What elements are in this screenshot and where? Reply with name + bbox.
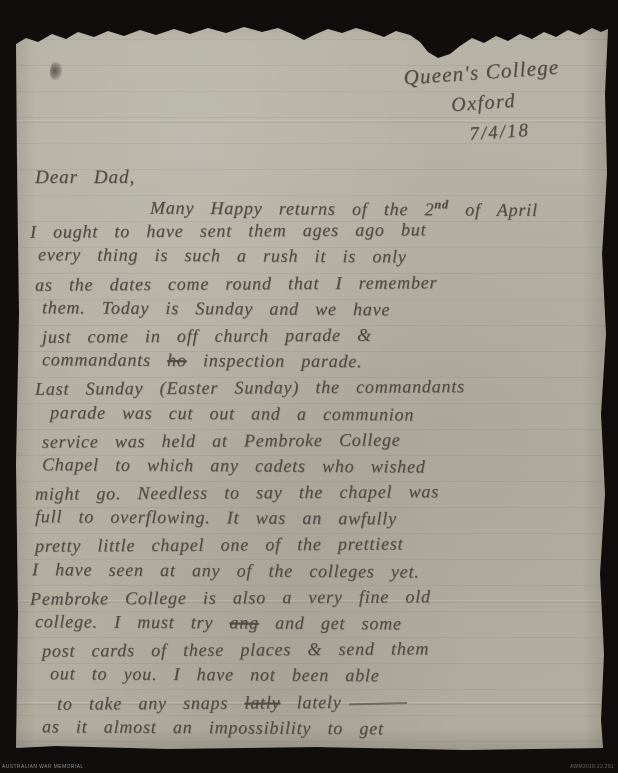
letter-paper: Queen's College Oxford 7/4/18 Dear Dad, …: [16, 14, 608, 750]
letter-line: Pembroke College is also a very fine old: [30, 582, 614, 612]
letter-line-text: college. I must try: [35, 611, 230, 632]
letter-line-text: commandants: [42, 349, 167, 370]
paper-tear-mark: [49, 61, 63, 80]
letter-line-text: and get some: [259, 613, 402, 634]
letter-line-text: parade was cut out and a communion: [50, 402, 414, 424]
letterhead: Queen's College Oxford 7/4/18: [373, 49, 594, 157]
struck-word: ho: [167, 350, 187, 370]
letter-line: Chapel to which any cadets who wished: [42, 451, 614, 481]
letter-line-text: I ought to have sent them ages ago but: [30, 220, 426, 242]
letter-line: might go. Needless to say the chapel was: [35, 477, 614, 507]
letter-line-text: full to overflowing. It was an awfully: [35, 506, 397, 528]
pencil-strike-tail: [349, 701, 407, 704]
letter-line-text: service was held at Pembroke College: [42, 429, 401, 451]
letter-line-text: Last Sunday (Easter Sunday) the commanda…: [35, 376, 465, 399]
letter-line: as the dates come round that I remember: [35, 268, 614, 298]
letter-line-text: inspection parade.: [187, 350, 363, 371]
letter-line-text: post cards of these places & send them: [42, 639, 429, 661]
letter-line: Many Happy returns of the 2nd of April: [150, 190, 614, 219]
letter-line-text: out to you. I have not been able: [50, 664, 380, 686]
letter-line-text: I have seen at any of the colleges yet.: [32, 559, 420, 581]
letter-line: I ought to have sent them ages ago but: [30, 215, 614, 245]
letter-line-text: as the dates come round that I remember: [35, 272, 437, 294]
letter-line: as it almost an impossibility to get: [42, 713, 614, 743]
letter-line: Last Sunday (Easter Sunday) the commanda…: [35, 373, 614, 403]
letter-line-text: Chapel to which any cadets who wished: [42, 454, 426, 476]
letter-line: full to overflowing. It was an awfully: [35, 503, 614, 533]
salutation: Dear Dad,: [35, 164, 614, 191]
letter-line-text: Pembroke College is also a very fine old: [30, 586, 431, 608]
letter-line: college. I must try ang and get some: [35, 608, 614, 638]
letter-line: every thing is such a rush it is only: [38, 242, 614, 272]
letter-line-text: might go. Needless to say the chapel was: [35, 481, 439, 503]
letter-body: Dear Dad, Many Happy returns of the 2nd …: [30, 164, 614, 741]
letter-line-text: as it almost an impossibility to get: [42, 716, 384, 738]
letter-line: to take any snaps latly lately: [57, 687, 614, 717]
letter-line-text: to take any snaps: [57, 692, 245, 713]
archive-watermark: AUSTRALIAN WAR MEMORIAL: [2, 764, 84, 770]
letter-line: parade was cut out and a communion: [50, 399, 614, 429]
letter-line-text: pretty little chapel one of the pretties…: [35, 534, 404, 556]
letter-line: pretty little chapel one of the pretties…: [35, 530, 614, 560]
struck-word: latly: [244, 692, 280, 712]
letter-line-text: lately: [280, 692, 341, 712]
letter-line-text: them. Today is Sunday and we have: [42, 297, 390, 319]
letter-line: commandants ho inspection parade.: [42, 346, 614, 376]
letter-line: I have seen at any of the colleges yet.: [32, 556, 614, 586]
letter-line: service was held at Pembroke College: [42, 425, 614, 455]
struck-word: ang: [229, 612, 259, 632]
letter-line: just come in off church parade &: [42, 320, 614, 350]
superscript-ordinal: nd: [434, 197, 449, 211]
scan-mat-background: Queen's College Oxford 7/4/18 Dear Dad, …: [0, 0, 618, 773]
letter-line-text: every thing is such a rush it is only: [38, 245, 407, 267]
letter-line: them. Today is Sunday and we have: [42, 294, 614, 324]
catalog-number: AWM2018.22.251: [570, 764, 614, 770]
letter-line: post cards of these places & send them: [42, 634, 614, 664]
letter-line: out to you. I have not been able: [50, 661, 614, 691]
letter-line-text: just come in off church parade &: [42, 325, 372, 347]
